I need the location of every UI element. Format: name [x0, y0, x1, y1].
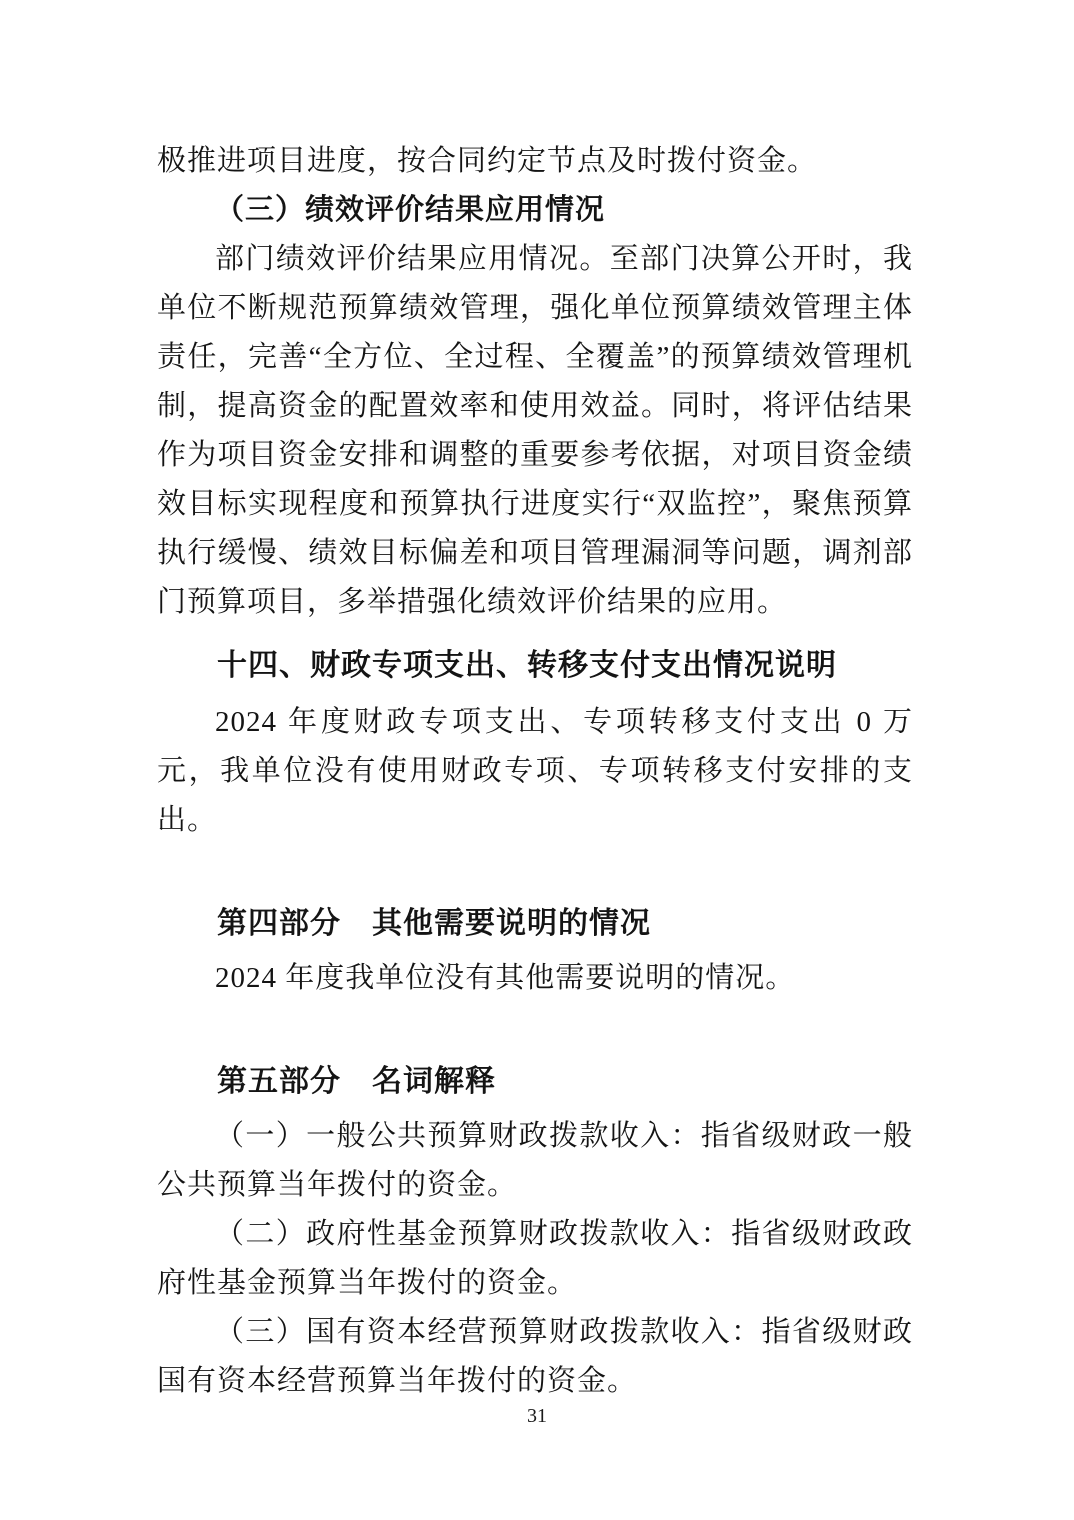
subsection-heading: （三）绩效评价结果应用情况 [157, 186, 913, 235]
section-heading: 第五部分 名词解释 [157, 1057, 913, 1106]
document-page: 极推进项目进度，按合同约定节点及时拨付资金。（三）绩效评价结果应用情况部门绩效评… [0, 0, 1074, 1520]
body-paragraph: 2024 年度财政专项支出、专项转移支付支出 0 万元，我单位没有使用财政专项、… [157, 698, 913, 845]
page-footer: 31 [0, 1402, 1074, 1430]
body-paragraph: （三）国有资本经营预算财政拨款收入：指省级财政国有资本经营预算当年拨付的资金。 [157, 1308, 913, 1406]
document-content: 极推进项目进度，按合同约定节点及时拨付资金。（三）绩效评价结果应用情况部门绩效评… [157, 137, 913, 1406]
section-heading: 第四部分 其他需要说明的情况 [157, 899, 913, 948]
body-paragraph: 部门绩效评价结果应用情况。至部门决算公开时，我单位不断规范预算绩效管理，强化单位… [157, 235, 913, 627]
page-number: 31 [527, 1405, 547, 1427]
body-paragraph-continuation: 极推进项目进度，按合同约定节点及时拨付资金。 [157, 137, 913, 186]
body-paragraph: （一）一般公共预算财政拨款收入：指省级财政一般公共预算当年拨付的资金。 [157, 1112, 913, 1210]
body-paragraph: （二）政府性基金预算财政拨款收入：指省级财政政府性基金预算当年拨付的资金。 [157, 1210, 913, 1308]
body-paragraph: 2024 年度我单位没有其他需要说明的情况。 [157, 954, 913, 1003]
clause-heading: 十四、财政专项支出、转移支付支出情况说明 [157, 641, 913, 690]
